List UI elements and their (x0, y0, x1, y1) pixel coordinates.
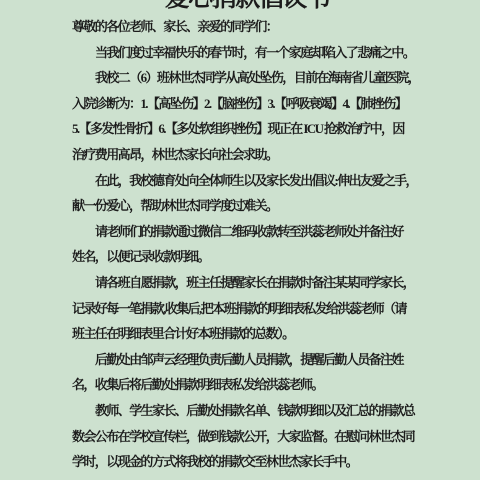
text-line: 后勤处由邹声云经理负责后勤人员捐款，提醒后勤人员备注姓 (72, 347, 422, 373)
text-line: 我校二（6）班林世杰同学从高处坠伤，目前在海南省儿童医院， (72, 65, 422, 91)
document-title: 爱心捐款倡议书 (72, 0, 422, 12)
text-line: 尊敬的各位老师、家长、亲爱的同学们： (72, 14, 422, 40)
text-line: 献一份爱心，帮助林世杰同学度过难关。 (72, 193, 422, 219)
text-line: 请老师们的捐款通过微信二维码收款转至洪蕊老师处并备注好 (72, 219, 422, 245)
document-body: 尊敬的各位老师、家长、亲爱的同学们：当我们度过幸福快乐的春节时，有一个家庭却陷入… (72, 14, 422, 475)
text-line: 数会公布在学校宣传栏，做到钱款公开，大家监督。在慰问林世杰同 (72, 424, 422, 450)
text-line: 入院诊断为：1.【高坠伤】2.【脑挫伤】3.【呼吸衰竭】4.【肺挫伤】 (72, 91, 422, 117)
text-line: 学时，以现金的方式将我校的捐款交至林世杰家长手中。 (72, 449, 422, 475)
text-line: 教师、学生家长、后勤处捐款名单、钱款明细以及汇总的捐款总 (72, 398, 422, 424)
text-line: 治疗费用高昂，林世杰家长向社会求助。 (72, 142, 422, 168)
text-line: 在此，我校德育处向全体师生以及家长发出倡议:伸出友爱之手， (72, 168, 422, 194)
text-line: 当我们度过幸福快乐的春节时，有一个家庭却陷入了悲痛之中。 (72, 40, 422, 66)
text-line: 记录好每一笔捐款,收集后,把本班捐款的明细表私发给洪蕊老师（请 (72, 296, 422, 322)
text-line: 5.【多发性骨折】6.【多处软组织挫伤】现正在 ICU 抢救治疗中，因 (72, 116, 422, 142)
page-background: { "page": { "background_color": "#cde1cf… (0, 0, 480, 480)
text-line: 名，收集后将后勤处捐款明细表私发给洪蕊老师。 (72, 372, 422, 398)
text-line: 请各班自愿捐款，班主任提醒家长在捐款时备注某某同学家长， (72, 270, 422, 296)
donation-proposal-letter: 爱心捐款倡议书 尊敬的各位老师、家长、亲爱的同学们：当我们度过幸福快乐的春节时，… (72, 0, 422, 475)
text-line: 姓名，以便记录收款明细。 (72, 244, 422, 270)
text-line: 班主任在明细表里合计好本班捐款的总数）。 (72, 321, 422, 347)
